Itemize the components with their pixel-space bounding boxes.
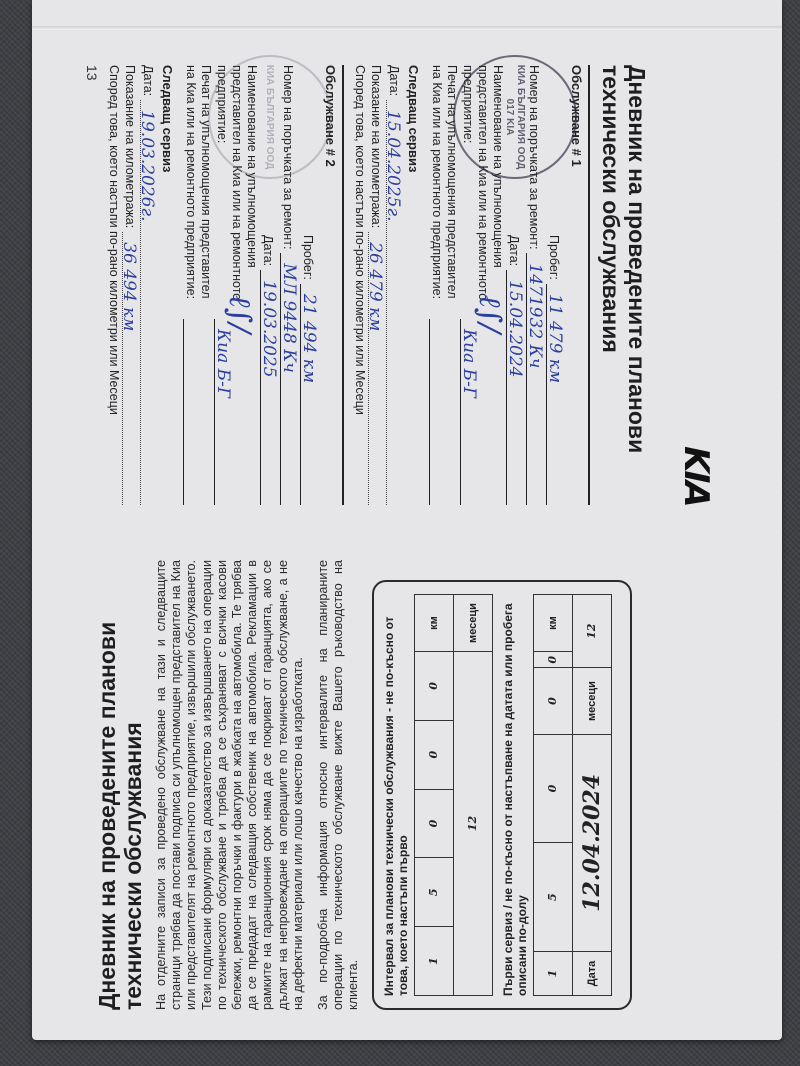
signature-2: ℓ∫∕ — [222, 295, 257, 333]
interval-months-value: 12 — [453, 652, 492, 996]
info-paragraph: За по-подробна информация относно интерв… — [316, 560, 362, 1010]
date-label: Дата — [572, 952, 611, 996]
next-service-2-date: Дата:19.03.2026г. — [140, 65, 157, 505]
months-unit: месеци — [453, 595, 492, 652]
first-service-table: 1 5 0 0 0 км Дата 12.04.2024 месеци 12 — [533, 594, 612, 996]
km-digit: 0 — [533, 668, 572, 734]
km-unit: км — [414, 595, 453, 652]
km-digit: 0 — [414, 652, 453, 721]
km-unit: км — [533, 595, 572, 652]
km-digit: 0 — [533, 734, 572, 843]
km-digit: 5 — [533, 843, 572, 952]
months-unit: месеци — [572, 668, 611, 734]
first-service-months: 12 — [572, 595, 611, 668]
left-page: Дневник на проведените планови техническ… — [32, 540, 712, 1040]
km-digit: 0 — [533, 652, 572, 668]
dealer-stamp-faint: КИА БЪЛГАРИЯ ООД — [208, 55, 332, 179]
right-page: KIA Дневник на проведените планови техни… — [32, 35, 712, 535]
next-service-1-date: Дата:15.04.2025г. — [386, 65, 403, 505]
interval-label: Интервал за планови технически обслужван… — [382, 594, 410, 996]
left-page-title: Дневник на проведените планови техническ… — [94, 560, 146, 1010]
km-digit: 0 — [414, 789, 453, 858]
first-service-label: Първи сервиз / не по-късно от настъпване… — [501, 594, 529, 996]
next-service-2-heading: Следващ сервиз — [160, 65, 175, 505]
interval-km-table: 1 5 0 0 0 км 12 месеци — [414, 594, 493, 996]
next-service-1-heading: Следващ сервиз — [406, 65, 421, 505]
right-page-title: Дневник на проведените планови техническ… — [598, 65, 650, 505]
kia-logo: KIA — [676, 441, 716, 509]
interval-box: Интервал за планови технически обслужван… — [372, 580, 632, 1010]
service-2-stamp: Печат на упълномощения представител на К… — [183, 65, 213, 505]
km-digit: 0 — [414, 720, 453, 789]
first-service-date: 12.04.2024 — [572, 734, 611, 951]
intro-paragraph: На отделните записи за проведено обслужв… — [154, 560, 306, 1010]
dealer-stamp: КИА БЪЛГАРИЯ ООД 017 KIA — [453, 55, 577, 179]
signature-1: ℓ∫∕ — [472, 295, 507, 333]
km-digit: 5 — [414, 858, 453, 927]
page-number: 13 — [84, 65, 100, 505]
km-digit: 1 — [414, 927, 453, 996]
booklet-spread: Дневник на проведените планови техническ… — [32, 30, 782, 1040]
km-digit: 1 — [533, 952, 572, 996]
